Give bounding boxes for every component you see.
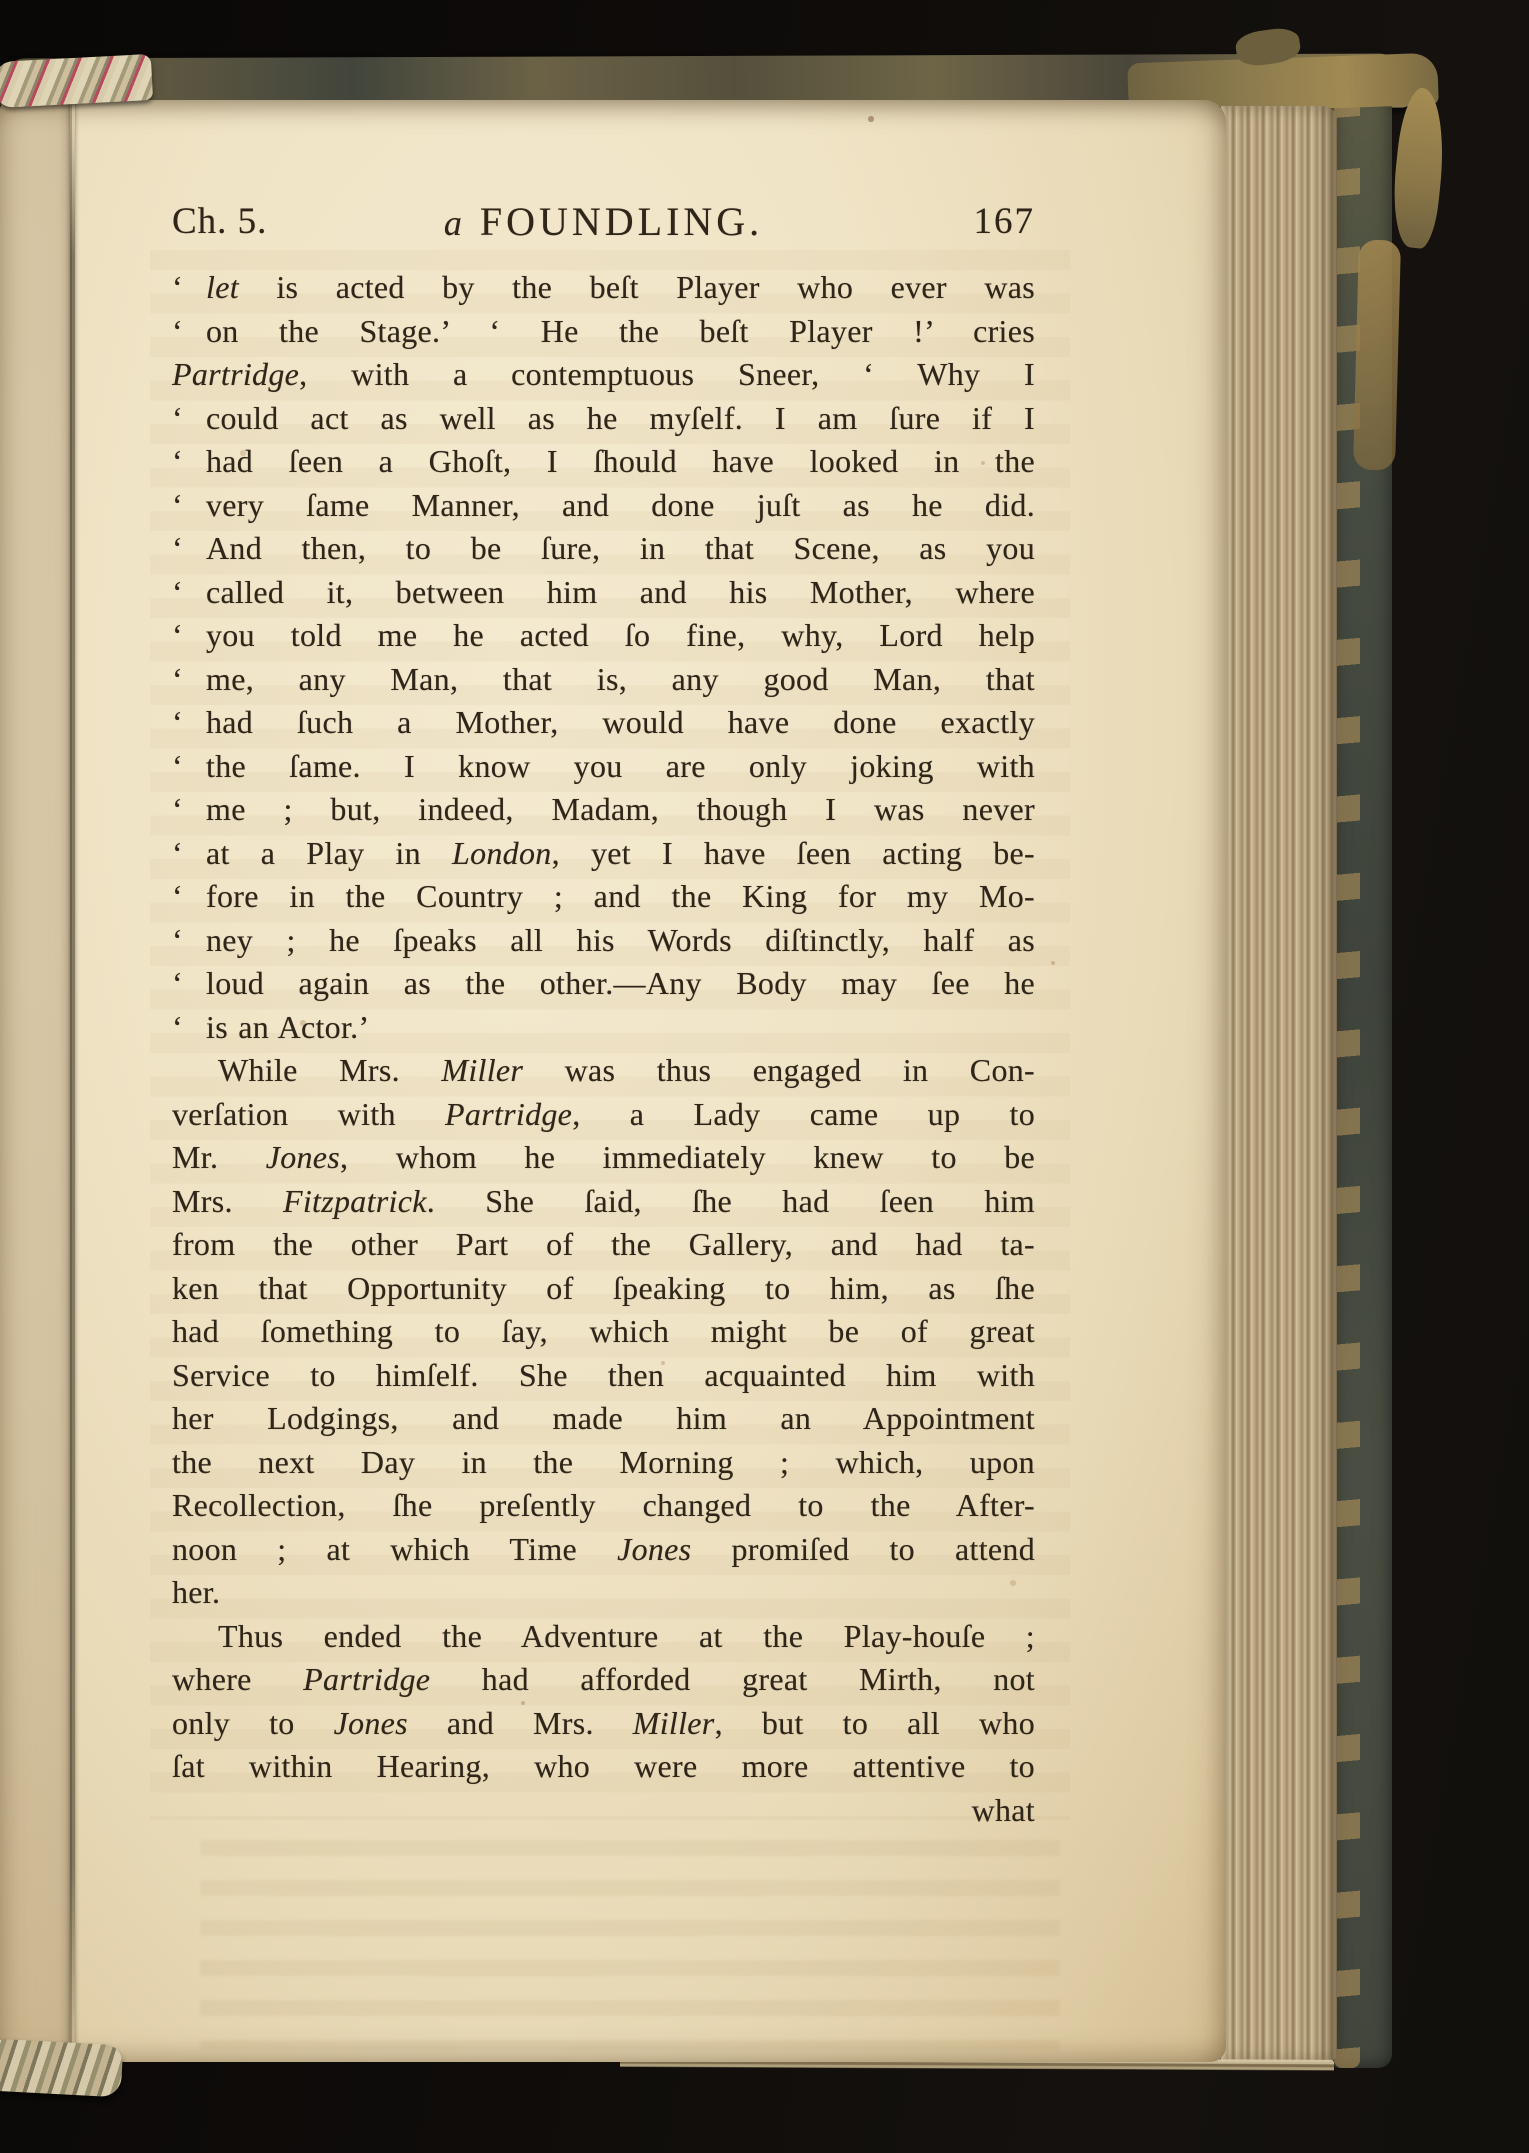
text-line: ‘had ſeen a Ghoſt, I ſhould have looked …: [172, 440, 1035, 484]
quote-mark: ‘: [172, 919, 206, 963]
quote-mark: ‘: [172, 832, 206, 876]
text-segment: called it, between him and his Mother, w…: [206, 574, 1035, 610]
text-line: from the other Part of the Gallery, and …: [172, 1223, 1035, 1267]
gutter-crease-line: [70, 100, 75, 2062]
quote-mark: ‘: [172, 484, 206, 528]
text-line: the next Day in the Morning ; which, upo…: [172, 1441, 1035, 1485]
quote-mark: ‘: [172, 310, 206, 354]
text-line: ‘ney ; he ſpeaks all his Words diſtinctl…: [172, 919, 1035, 963]
text-line: Service to himſelf. She then acquainted …: [172, 1354, 1035, 1398]
text-segment: me ; but, indeed, Madam, though I was ne…: [206, 791, 1035, 827]
text-line: ‘fore in the Country ; and the King for …: [172, 875, 1035, 919]
text-line: where Partridge had afforded great Mirth…: [172, 1658, 1035, 1702]
text-segment: , yet I have ſeen acting be-: [552, 835, 1035, 871]
text-line: ‘called it, between him and his Mother, …: [172, 571, 1035, 615]
quote-mark: ‘: [172, 571, 206, 615]
page-number: 167: [974, 200, 1036, 243]
text-segment: from the other Part of the Gallery, and …: [172, 1226, 1035, 1262]
italic-text-segment: Miller: [441, 1052, 523, 1088]
text-line: noon ; at which Time Jones promiſed to a…: [172, 1528, 1035, 1572]
quote-mark: ‘: [172, 397, 206, 441]
text-segment: fore in the Country ; and the King for m…: [206, 878, 1035, 914]
text-line: ‘had ſuch a Mother, would have done exac…: [172, 701, 1035, 745]
text-segment: is acted by the beſt Player who ever was: [239, 269, 1035, 305]
text-segment: me, any Man, that is, any good Man, that: [206, 661, 1035, 697]
text-segment: , with a contemptuous Sneer, ‘ Why I: [299, 356, 1035, 392]
text-segment: And then, to be ſure, in that Scene, as …: [206, 530, 1035, 566]
text-segment: Mr.: [172, 1139, 266, 1175]
text-segment: had ſeen a Ghoſt, I ſhould have looked i…: [206, 443, 1035, 479]
text-line: Mr. Jones, whom he immediately knew to b…: [172, 1136, 1035, 1180]
italic-text-segment: let: [206, 269, 239, 305]
quote-mark: ‘: [172, 962, 206, 1006]
text-line: ‘me ; but, indeed, Madam, though I was n…: [172, 788, 1035, 832]
text-line: had ſomething to ſay, which might be of …: [172, 1310, 1035, 1354]
tailband-bottom: [0, 2039, 123, 2098]
text-segment: Mrs.: [172, 1183, 283, 1219]
quote-mark: ‘: [172, 875, 206, 919]
gutter-shading: [0, 100, 72, 2062]
text-segment: her.: [172, 1574, 220, 1610]
page-header: Ch. 5. aFOUNDLING. 167: [172, 198, 1035, 244]
quote-mark: ‘: [172, 788, 206, 832]
text-line: ‘loud again as the other.—Any Body may ſ…: [172, 962, 1035, 1006]
leather-damage-right-streak: [1353, 239, 1401, 470]
text-line: only to Jones and Mrs. Miller, but to al…: [172, 1702, 1035, 1746]
page-showthrough-bottom: [200, 1840, 1060, 2050]
text-segment: at a Play in: [206, 835, 452, 871]
text-segment: the next Day in the Morning ; which, upo…: [172, 1444, 1035, 1480]
text-segment: the ſame. I know you are only joking wit…: [206, 748, 1035, 784]
text-line: While Mrs. Miller was thus engaged in Co…: [172, 1049, 1035, 1093]
text-segment: noon ; at which Time: [172, 1531, 617, 1567]
text-line: ſat within Hearing, who were more attent…: [172, 1745, 1035, 1789]
text-line: Partridge, with a contemptuous Sneer, ‘ …: [172, 353, 1035, 397]
text-segment: promiſed to attend: [691, 1531, 1035, 1567]
text-segment: on the Stage.’ ‘ He the beſt Player !’ c…: [206, 313, 1035, 349]
italic-text-segment: Partridge: [172, 356, 299, 392]
text-segment: , whom he immediately knew to be: [340, 1139, 1035, 1175]
text-line: ‘could act as well as he myſelf. I am ſu…: [172, 397, 1035, 441]
headband-top: [0, 54, 153, 108]
text-line: ‘very ſame Manner, and done juſt as he d…: [172, 484, 1035, 528]
text-segment: Recollection, ſhe preſently changed to t…: [172, 1487, 1035, 1523]
text-line: Mrs. Fitzpatrick. She ſaid, ſhe had ſeen…: [172, 1180, 1035, 1224]
catchword: what: [172, 1789, 1035, 1833]
text-segment: very ſame Manner, and done juſt as he di…: [206, 487, 1035, 523]
text-segment: ney ; he ſpeaks all his Words diſtinctly…: [206, 922, 1035, 958]
text-segment: was thus engaged in Con-: [523, 1052, 1035, 1088]
text-segment: verſation with: [172, 1096, 445, 1132]
text-line: Thus ended the Adventure at the Play-hou…: [172, 1615, 1035, 1659]
quote-mark: ‘: [172, 527, 206, 571]
text-line: ‘you told me he acted ſo fine, why, Lord…: [172, 614, 1035, 658]
italic-text-segment: Jones: [266, 1139, 340, 1175]
text-segment: ſat within Hearing, who were more attent…: [172, 1748, 1035, 1784]
text-segment: her Lodgings, and made him an Appointmen…: [172, 1400, 1035, 1436]
text-line: ‘let is acted by the beſt Player who eve…: [172, 266, 1035, 310]
running-title-article: a: [444, 203, 462, 243]
italic-text-segment: Jones: [617, 1531, 691, 1567]
italic-text-segment: Partridge: [303, 1661, 430, 1697]
chapter-label: Ch. 5.: [172, 200, 267, 243]
text-line: ‘me, any Man, that is, any good Man, tha…: [172, 658, 1035, 702]
quote-mark: ‘: [172, 614, 206, 658]
text-line: ‘is an Actor.’: [172, 1006, 1035, 1050]
quote-mark: ‘: [172, 1006, 206, 1050]
text-segment: you told me he acted ſo fine, why, Lord …: [206, 617, 1035, 653]
text-line: her.: [172, 1571, 1035, 1615]
text-segment: , a Lady came up to: [572, 1096, 1035, 1132]
text-segment: had ſomething to ſay, which might be of …: [172, 1313, 1035, 1349]
text-segment: , but to all who: [715, 1705, 1035, 1741]
text-segment: could act as well as he myſelf. I am ſur…: [206, 400, 1035, 436]
quote-mark: ‘: [172, 745, 206, 789]
italic-text-segment: Jones: [334, 1705, 408, 1741]
quote-mark: ‘: [172, 701, 206, 745]
text-line: ‘on the Stage.’ ‘ He the beſt Player !’ …: [172, 310, 1035, 354]
quote-mark: ‘: [172, 266, 206, 310]
quote-mark: ‘: [172, 658, 206, 702]
text-line: her Lodgings, and made him an Appointmen…: [172, 1397, 1035, 1441]
text-segment: ken that Opportunity of ſpeaking to him,…: [172, 1270, 1035, 1306]
text-line: ‘the ſame. I know you are only joking wi…: [172, 745, 1035, 789]
running-title-text: FOUNDLING.: [480, 199, 763, 244]
text-segment: Service to himſelf. She then acquainted …: [172, 1357, 1035, 1393]
italic-text-segment: London: [452, 835, 552, 871]
text-line: Recollection, ſhe preſently changed to t…: [172, 1484, 1035, 1528]
photograph-background: { "header": { "chapter": "Ch. 5.", "titl…: [0, 0, 1529, 2153]
text-segment: only to: [172, 1705, 334, 1741]
text-segment: is an Actor.’: [206, 1009, 369, 1045]
text-line: ‘And then, to be ſure, in that Scene, as…: [172, 527, 1035, 571]
running-title: aFOUNDLING.: [444, 198, 763, 245]
text-segment: . She ſaid, ſhe had ſeen him: [427, 1183, 1035, 1219]
text-line: ‘at a Play in London, yet I have ſeen ac…: [172, 832, 1035, 876]
italic-text-segment: Partridge: [445, 1096, 572, 1132]
text-block: ‘let is acted by the beſt Player who eve…: [172, 266, 1035, 1832]
text-line: verſation with Partridge, a Lady came up…: [172, 1093, 1035, 1137]
text-segment: loud again as the other.—Any Body may ſe…: [206, 965, 1035, 1001]
italic-text-segment: Fitzpatrick: [283, 1183, 427, 1219]
italic-text-segment: Miller: [633, 1705, 715, 1741]
text-segment: and Mrs.: [408, 1705, 633, 1741]
text-segment: had ſuch a Mother, would have done exact…: [206, 704, 1035, 740]
text-segment: where: [172, 1661, 303, 1697]
text-line: ken that Opportunity of ſpeaking to him,…: [172, 1267, 1035, 1311]
text-segment: had afforded great Mirth, not: [430, 1661, 1035, 1697]
text-lines: ‘let is acted by the beſt Player who eve…: [172, 266, 1035, 1789]
text-segment: Thus ended the Adventure at the Play-hou…: [218, 1618, 1035, 1654]
leather-damage-corner-flap: [1388, 86, 1450, 250]
text-segment: While Mrs.: [218, 1052, 441, 1088]
quote-mark: ‘: [172, 440, 206, 484]
page-stack-fore-edge: [1218, 106, 1337, 2062]
